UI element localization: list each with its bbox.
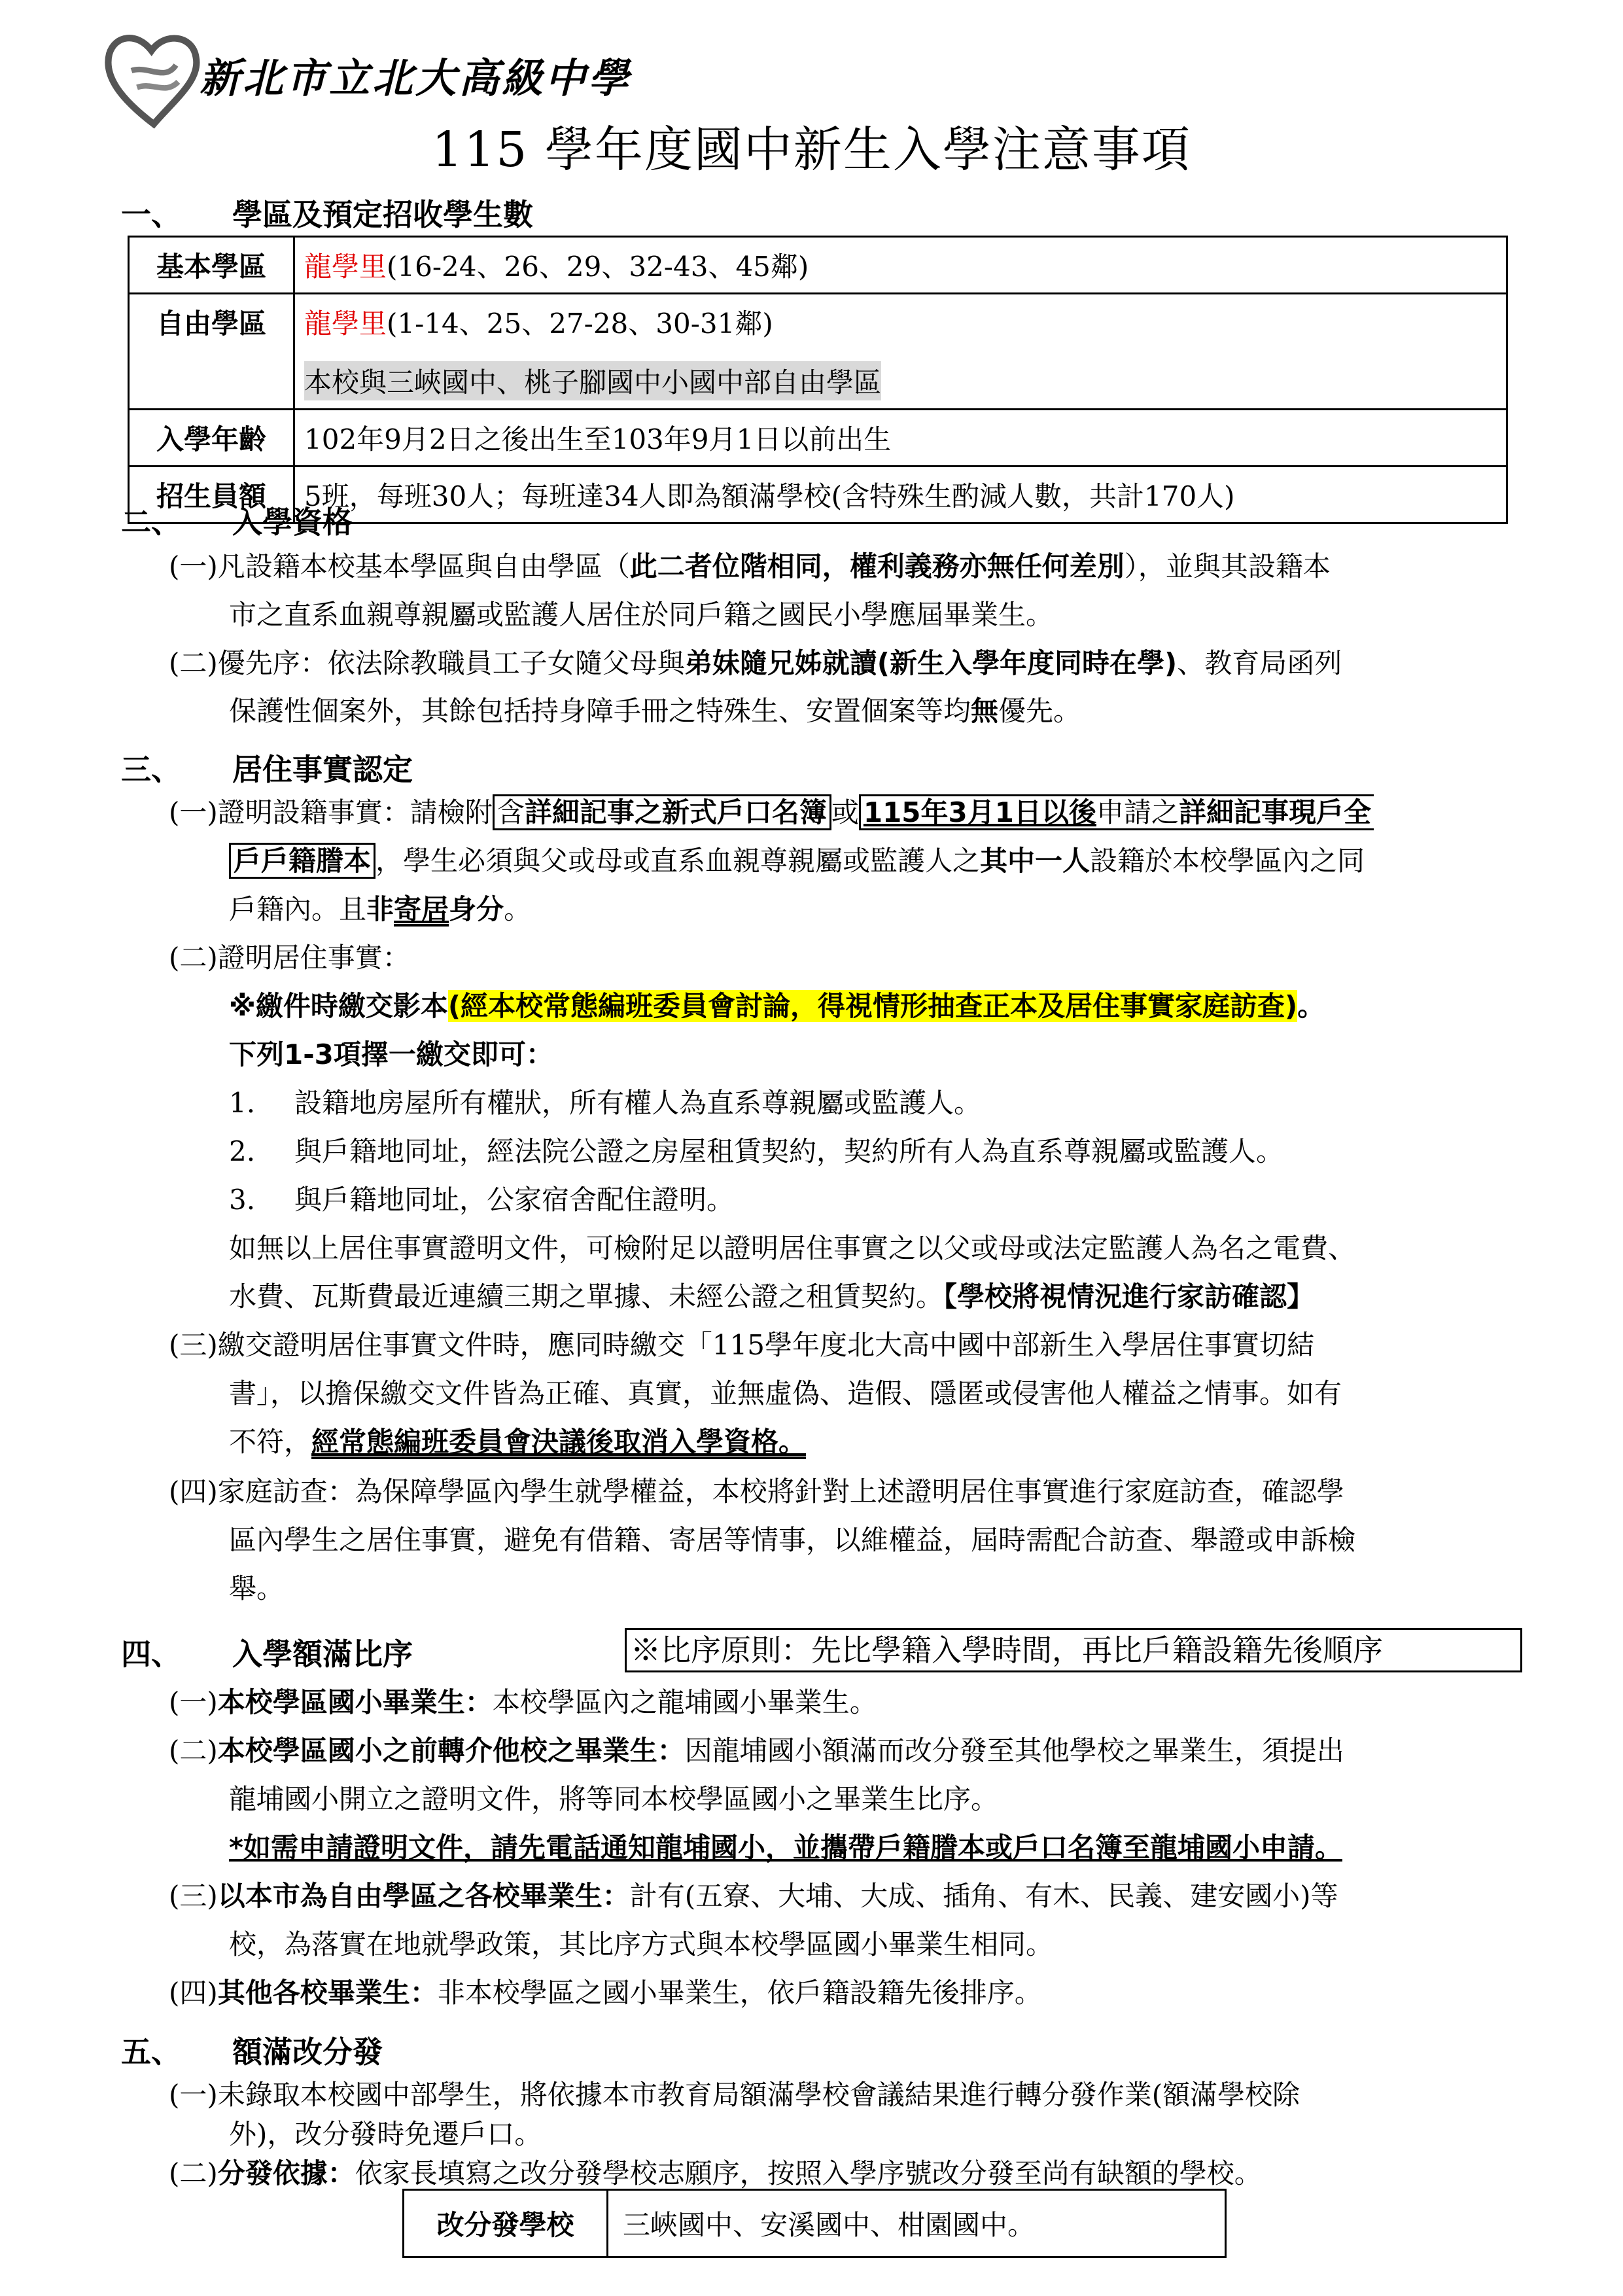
section-3-item-4-cont2: 舉。 (229, 1573, 284, 1604)
section-4-item-2: (二)本校學區國小之前轉介他校之畢業生：因龍埔國小額滿而改分發至其他學校之畢業生… (169, 1735, 1344, 1767)
section-2-item-1-cont: 市之直系血親尊親屬或監護人居住於同戶籍之國民小學應屆畢業生。 (229, 599, 1053, 631)
section-5-heading: 五、額滿改分發 (121, 2028, 383, 2072)
table-row: 改分發學校 三峽國中、安溪國中、柑園國中。 (404, 2190, 1226, 2257)
ranking-rule-box: ※比序原則：先比學籍入學時間，再比戶籍設籍先後順序 (625, 1628, 1522, 1672)
table-row: 入學年齡 102年9月2日之後出生至103年9月1日以前出生 (129, 410, 1507, 467)
section-3-extra-2: 水費、瓦斯費最近連續三期之單據、未經公證之租賃契約。【學校將視情況進行家訪確認】 (229, 1281, 1314, 1313)
section-2-item-2-cont: 保護性個案外，其餘包括持身障手冊之特殊生、安置個案等均無優先。 (229, 696, 1081, 727)
section-4-item-1: (一)本校學區國小畢業生：本校學區內之龍埔國小畢業生。 (169, 1687, 877, 1718)
section-2-item-2: (二)優先序：依法除教職員工子女隨父母與弟妹隨兄姊就讀(新生入學年度同時在學)、… (169, 648, 1342, 679)
section-4-item-4: (四)其他各校畢業生：非本校學區之國小畢業生，依戶籍設籍先後排序。 (169, 1977, 1042, 2009)
section-4-item-2-note: *如需申請證明文件，請先電話通知龍埔國小，並攜帶戶籍謄本或戶口名簿至龍埔國小申請… (229, 1832, 1342, 1863)
section-3-choose-note: 下列1-3項擇一繳交即可： (229, 1039, 553, 1070)
section-1-heading: 一、學區及預定招收學生數 (121, 191, 533, 234)
section-3-item-1-cont: 戶戶籍謄本，學生必須與父或母或直系血親尊親屬或監護人之其中一人設籍於本校學區內之… (229, 845, 1365, 877)
section-3-item-3-cont2: 不符，經常態編班委員會決議後取消入學資格。 (229, 1426, 806, 1458)
school-district-table: 基本學區 龍學里(16-24、26、29、32-43、45鄰) 自由學區 龍學里… (128, 236, 1508, 524)
reassignment-table: 改分發學校 三峽國中、安溪國中、柑園國中。 (402, 2189, 1227, 2258)
list-item: 3.與戶籍地同址，公家宿舍配住證明。 (229, 1184, 734, 1216)
section-3-item-3-cont: 書」，以擔保繳交文件皆為正確、真實，並無虛偽、造假、隱匿或侵害他人權益之情事。如… (229, 1378, 1342, 1409)
list-item: 1.設籍地房屋所有權狀，所有權人為直系尊親屬或監護人。 (229, 1087, 981, 1119)
section-2-heading: 二、入學資格 (121, 499, 353, 542)
section-3-heading: 三、居住事實認定 (121, 746, 413, 789)
section-3-item-1-cont2: 戶籍內。且非寄居身分。 (229, 894, 531, 925)
section-5-item-1: (一)未錄取本校國中部學生，將依據本市教育局額滿學校會議結果進行轉分發作業(額滿… (169, 2079, 1300, 2111)
school-name: 新北市立北大高級中學 (200, 46, 631, 104)
section-3-item-2-note: ※繳件時繳交影本(經本校常態編班委員會討論，得視情形抽查正本及居住事實家庭訪查)… (229, 991, 1325, 1022)
page-title: 115 學年度國中新生入學注意事項 (0, 111, 1623, 181)
section-3-item-2: (二)證明居住事實： (169, 942, 410, 974)
section-4-heading: 四、入學額滿比序 (121, 1631, 413, 1674)
section-2-item-1: (一)凡設籍本校基本學區與自由學區（此二者位階相同，權利義務亦無任何差別），並與… (169, 551, 1331, 582)
section-4-item-3-cont: 校，為落實在地就學政策，其比序方式與本校學區國小畢業生相同。 (229, 1929, 1053, 1960)
section-3-item-1: (一)證明設籍事實：請檢附含詳細記事之新式戶口名簿或115年3月1日以後申請之詳… (169, 797, 1374, 828)
section-5-item-2: (二)分發依據：依家長填寫之改分發學校志願序，按照入學序號改分發至尚有缺額的學校… (169, 2158, 1262, 2189)
section-3-item-4-cont: 區內學生之居住事實，避免有借籍、寄居等情事，以維權益，屆時需配合訪查、舉證或申訴… (229, 1525, 1355, 1556)
section-4-item-2-cont: 龍埔國小開立之證明文件，將等同本校學區國小之畢業生比序。 (229, 1784, 998, 1815)
section-3-item-4: (四)家庭訪查：為保障學區內學生就學權益，本校將針對上述證明居住事實進行家庭訪查… (169, 1476, 1344, 1508)
section-5-item-1-cont: 外)，改分發時免遷戶口。 (229, 2119, 542, 2150)
section-3-item-3: (三)繳交證明居住事實文件時，應同時繳交「115學年度北大高中國中部新生入學居住… (169, 1330, 1314, 1361)
section-4-item-3: (三)以本市為自由學區之各校畢業生：計有(五寮、大埔、大成、插角、有木、民義、建… (169, 1881, 1338, 1912)
table-row: 自由學區 龍學里(1-14、25、27-28、30-31鄰)本校與三峽國中、桃子… (129, 294, 1507, 410)
table-row: 基本學區 龍學里(16-24、26、29、32-43、45鄰) (129, 237, 1507, 294)
list-item: 2.與戶籍地同址，經法院公證之房屋租賃契約，契約所有人為直系尊親屬或監護人。 (229, 1136, 1283, 1167)
section-3-extra-1: 如無以上居住事實證明文件，可檢附足以證明居住事實之以父或母或法定監護人為名之電費… (229, 1233, 1355, 1264)
